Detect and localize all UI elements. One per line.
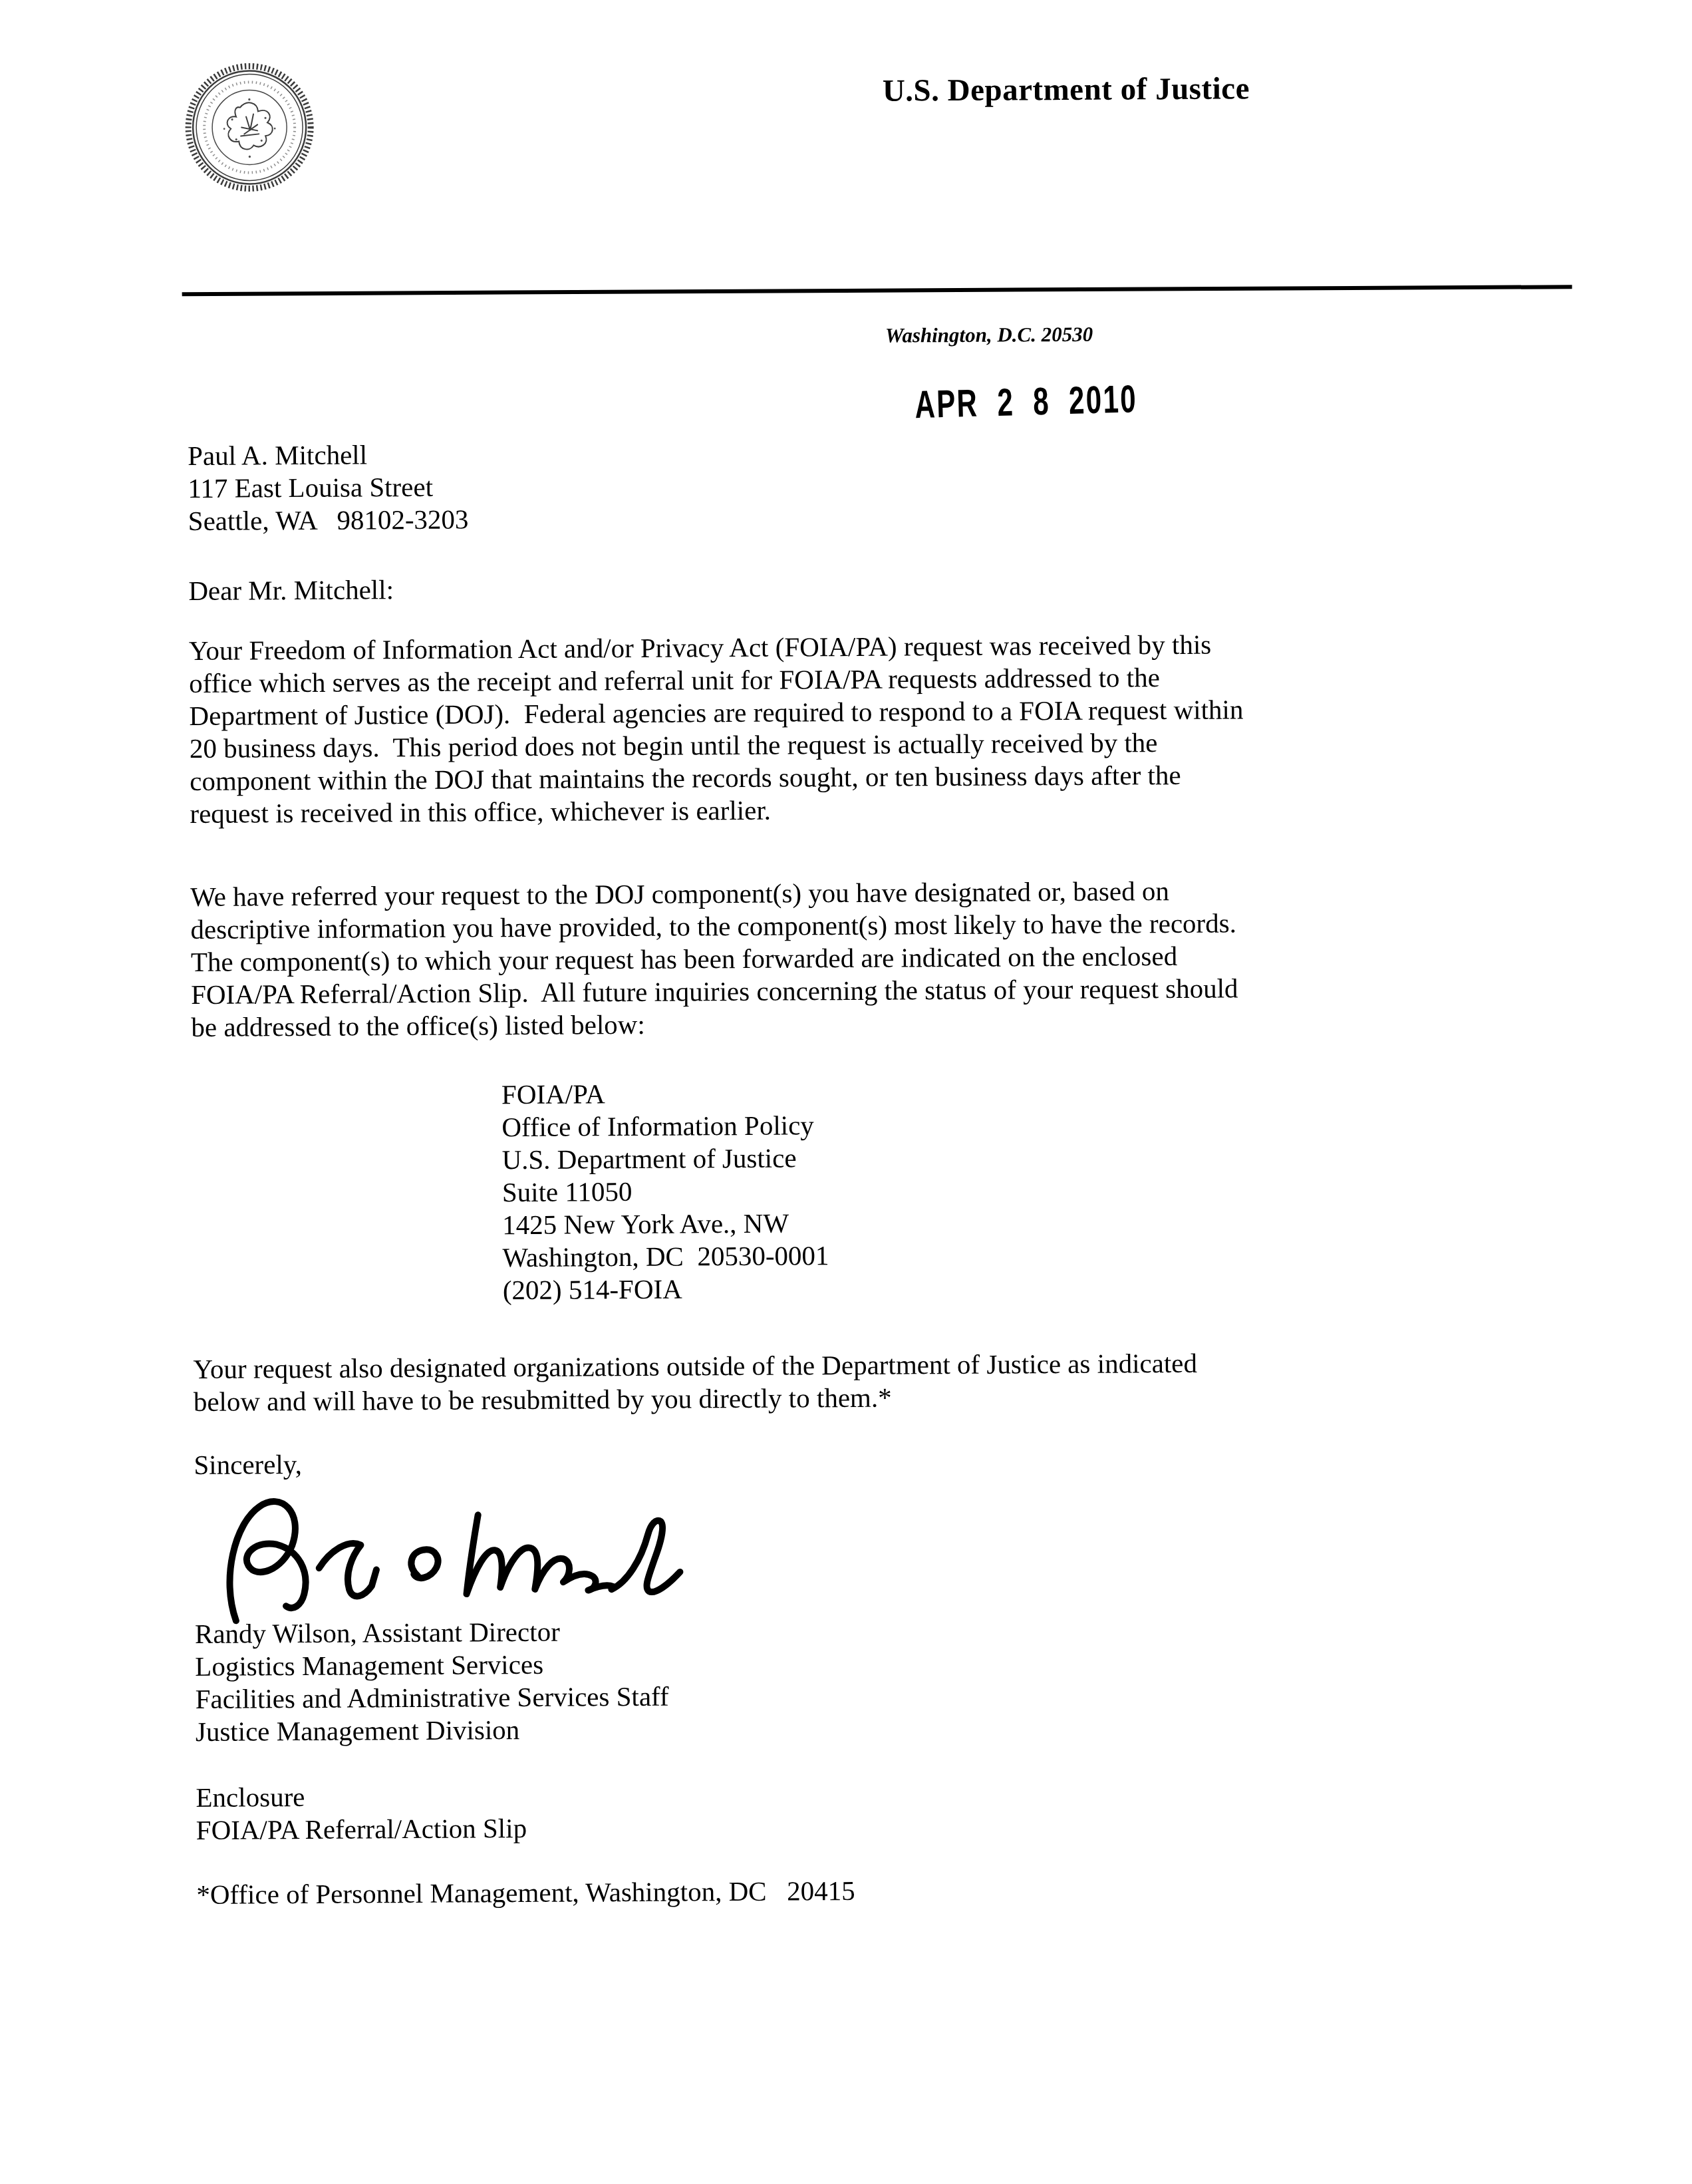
- footnote: *Office of Personnel Management, Washing…: [196, 1875, 855, 1911]
- paragraph-2: We have referred your request to the DOJ…: [190, 873, 1548, 1044]
- city-line: Washington, D.C. 20530: [885, 323, 1093, 348]
- letter-content: U.S. Department of Justice Washington, D…: [0, 0, 1692, 2184]
- salutation: Dear Mr. Mitchell:: [188, 573, 394, 607]
- signer-block: Randy Wilson, Assistant Director Logisti…: [195, 1615, 669, 1748]
- enclosure-block: Enclosure FOIA/PA Referral/Action Slip: [196, 1780, 527, 1847]
- paragraph-1: Your Freedom of Information Act and/or P…: [189, 627, 1547, 830]
- doj-seal-icon: [183, 61, 317, 194]
- document-page: U.S. Department of Justice Washington, D…: [0, 0, 1692, 2184]
- signature-scrawl: [215, 1477, 739, 1638]
- letterhead-divider: [182, 285, 1572, 296]
- closing-sincerely: Sincerely,: [194, 1448, 302, 1482]
- paragraph-3: Your request also designated organizatio…: [193, 1345, 1550, 1418]
- referral-office-address: FOIA/PA Office of Information Policy U.S…: [501, 1076, 829, 1307]
- recipient-address: Paul A. Mitchell 117 East Louisa Street …: [188, 438, 469, 538]
- agency-title: U.S. Department of Justice: [883, 71, 1250, 108]
- received-date-stamp: APR 2 8 2010: [914, 377, 1137, 427]
